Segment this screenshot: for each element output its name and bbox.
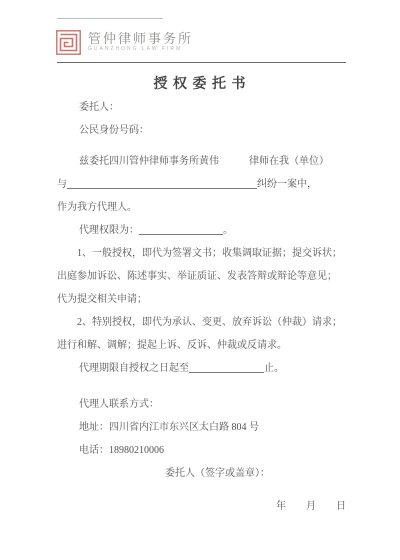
- special-text-2: 进行和解、调解；提起上诉、反诉、仲裁或反请求。: [57, 340, 287, 351]
- general-authorization-line2: 出庭参加诉讼、陈述事实、举证质证、发表答辩或辩论等意见；: [57, 265, 348, 288]
- id-number-field: 公民身份号码：: [57, 119, 348, 142]
- client-field: 委托人：: [57, 96, 348, 119]
- date-text: 年 月 日: [276, 501, 346, 512]
- dispute-suffix: 纠纷一案中，: [257, 179, 317, 190]
- dispute-blank-field: [67, 177, 257, 189]
- date-line: 年 月 日: [57, 495, 348, 518]
- phone-line: 电话：18980210006: [57, 439, 348, 462]
- red-seal-icon: [56, 30, 81, 55]
- entrust-prefix: 兹委托四川管仲律师事务所黄伟: [79, 156, 219, 167]
- firm-name-english: GUANZHONG LAW FIRM: [88, 46, 193, 53]
- document-body: 委托人： 公民身份号码： 兹委托四川管仲律师事务所黄伟律师在我（单位） 与纠纷一…: [57, 96, 348, 518]
- signature-label: 委托人（签字或盖章）：: [165, 468, 270, 479]
- authority-blank-field: [139, 223, 223, 235]
- address-text: 地址：四川省内江市东兴区太白路 804 号: [79, 422, 259, 433]
- address-line: 地址：四川省内江市东兴区太白路 804 号: [57, 416, 348, 439]
- header-rule: [57, 62, 346, 63]
- entrust-line: 兹委托四川管仲律师事务所黄伟律师在我（单位）: [57, 150, 348, 173]
- document-page: 管仲律师事务所 GUANZHONG LAW FIRM 授 权 委 托 书 委托人…: [0, 0, 400, 560]
- dispute-prefix: 与: [57, 179, 67, 190]
- authority-prefix: 代理权限为：: [79, 225, 139, 236]
- document-title: 授 权 委 托 书: [0, 73, 400, 93]
- general-text-3: 代为提交相关申请；: [57, 294, 147, 305]
- firm-name-chinese: 管仲律师事务所: [88, 32, 193, 46]
- general-text-2: 出庭参加诉讼、陈述事实、举证质证、发表答辩或辩论等意见；: [57, 271, 337, 282]
- client-label: 委托人：: [79, 102, 119, 113]
- phone-text: 电话：18980210006: [79, 445, 164, 456]
- signature-line: 委托人（签字或盖章）：: [165, 462, 348, 485]
- authority-line: 代理权限为：。: [57, 219, 348, 242]
- law-firm-logo: 管仲律师事务所 GUANZHONG LAW FIRM: [56, 30, 193, 55]
- contact-label: 代理人联系方式：: [79, 399, 159, 410]
- period-line: 代理期限自授权之日起至止。: [57, 357, 348, 380]
- general-authorization-line1: 1、一般授权，即代为签署文书；收集调取证据；提交诉状；: [57, 242, 348, 265]
- authority-suffix: 。: [223, 225, 233, 236]
- entrust-suffix: 律师在我（单位）: [249, 156, 329, 167]
- general-authorization-line3: 代为提交相关申请；: [57, 288, 348, 311]
- id-number-label: 公民身份号码：: [79, 125, 149, 136]
- special-authorization-line1: 2、特别授权，即代为承认、变更、放弃诉讼（仲裁）请求；: [57, 311, 348, 334]
- period-prefix: 代理期限自授权之日起至: [79, 363, 189, 374]
- agent-text: 作为我方代理人。: [57, 202, 137, 213]
- period-blank-field: [189, 361, 264, 373]
- dispute-line: 与纠纷一案中，: [57, 173, 348, 196]
- general-text-1: 1、一般授权，即代为签署文书；收集调取证据；提交诉状；: [77, 248, 342, 259]
- contact-header: 代理人联系方式：: [57, 393, 348, 416]
- agent-line: 作为我方代理人。: [57, 196, 348, 219]
- header-top-rule: [57, 18, 163, 19]
- logo-text-block: 管仲律师事务所 GUANZHONG LAW FIRM: [88, 32, 193, 53]
- special-authorization-line2: 进行和解、调解；提起上诉、反诉、仲裁或反请求。: [57, 334, 348, 357]
- period-suffix: 止。: [264, 363, 284, 374]
- special-text-1: 2、特别授权，即代为承认、变更、放弃诉讼（仲裁）请求；: [77, 317, 342, 328]
